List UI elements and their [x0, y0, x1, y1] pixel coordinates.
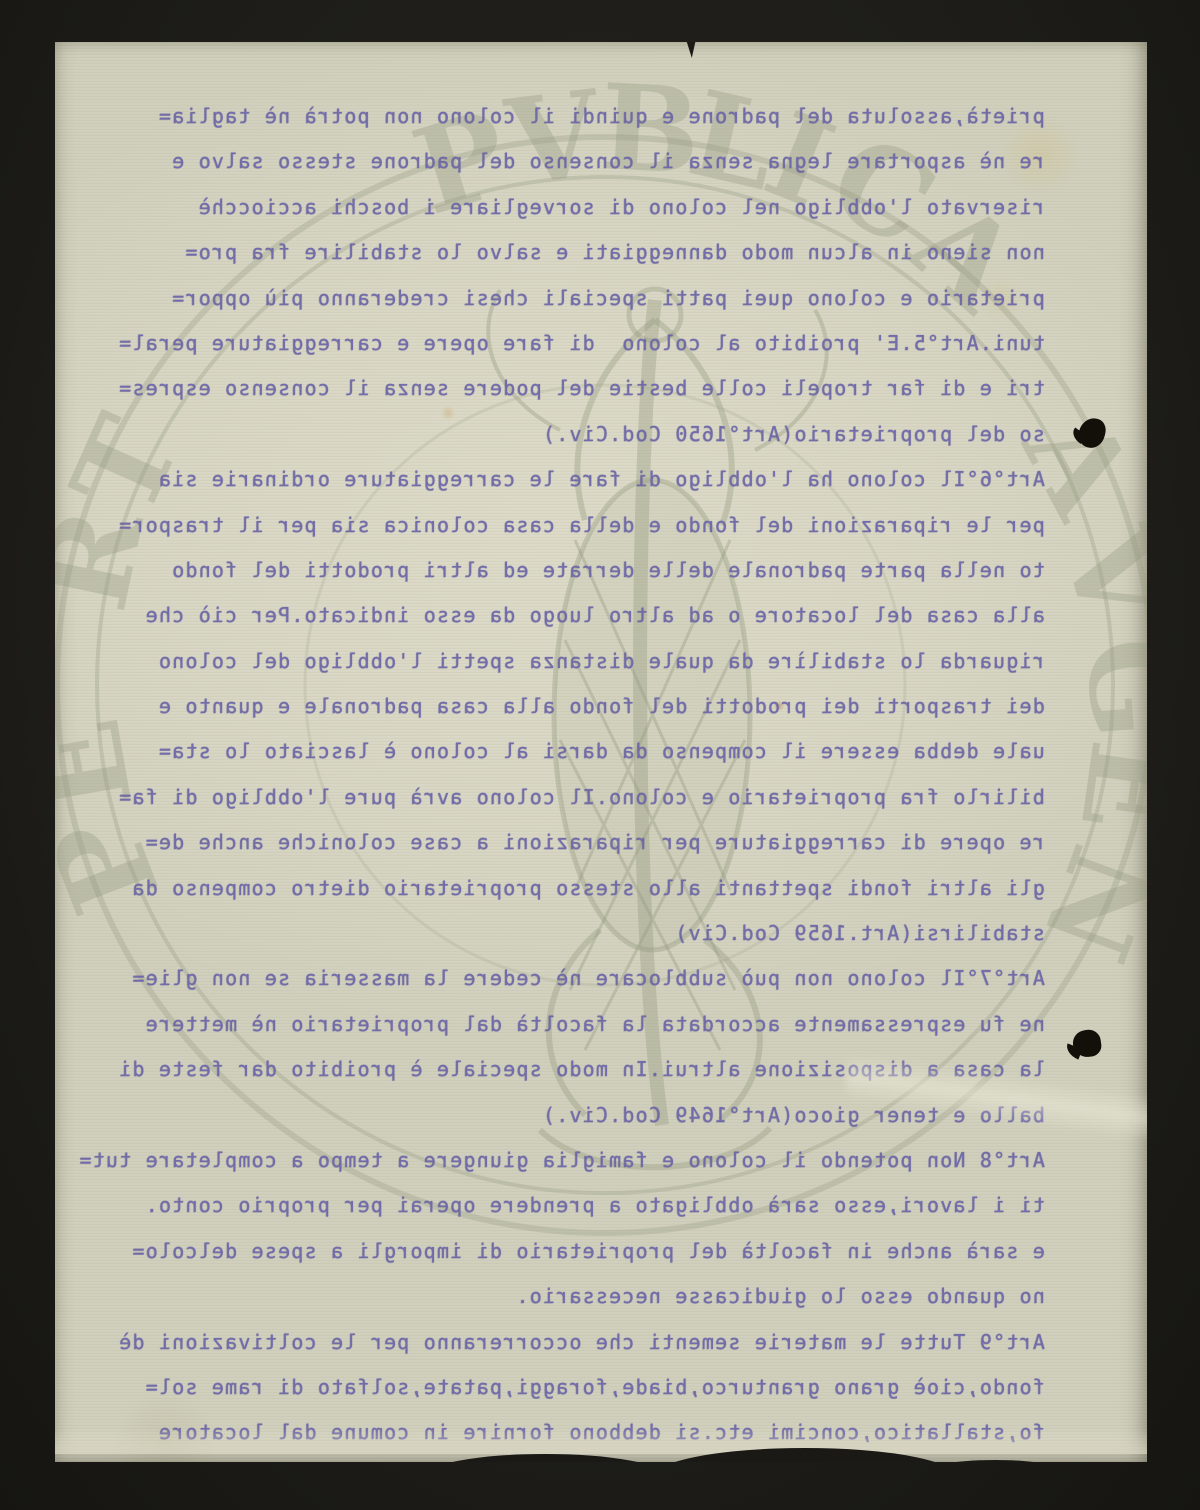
typewritten-line: bilirlo fra proprietario e colono.Il col…: [55, 775, 1045, 820]
typewritten-line: alla casa del locatore o ad altro luogo …: [55, 593, 1045, 638]
torn-edge-blob: [655, 1448, 955, 1462]
typewritten-line: non sieno in alcun modo danneggiati e sa…: [55, 230, 1045, 275]
typewritten-text-mirrored: prietà,assoluta del padrone e quindi il …: [55, 94, 1045, 1456]
paper-edge-notch: [683, 42, 699, 58]
document-page: P V B L I C A A V G E N T R E P prietà,a…: [55, 42, 1147, 1462]
watermark-letter: G: [1059, 633, 1147, 743]
typewritten-line: e sarà anche in facoltà del proprietario…: [55, 1229, 1045, 1274]
watermark-letter: E: [1054, 733, 1147, 841]
typewritten-line: Art°6°Il colono ha l'obbligo di fare le …: [55, 457, 1045, 502]
typewritten-line: tuni.Art°5.E' proibito al colono di fare…: [55, 321, 1045, 366]
typewritten-line: dei trasporti dei prodotti del fondo all…: [55, 684, 1045, 729]
typewritten-line: Art°8 Non potendo il colono e famiglia g…: [55, 1138, 1045, 1183]
typewritten-line: prietà,assoluta del padrone e quindi il …: [55, 94, 1045, 139]
typewritten-line: to nella parte padronale delle derrate e…: [55, 548, 1045, 593]
watermark-letter: V: [1035, 513, 1147, 643]
typewritten-line: prietario e colono quei patti speciali c…: [55, 276, 1045, 321]
torn-edge-blob: [915, 1460, 1075, 1462]
typewritten-line: ne fu espressamente accordata la facoltà…: [55, 1002, 1045, 1047]
paper-torn-bottom-edge: [55, 1438, 1147, 1462]
typewritten-line: ti i lavori,esso sarà obbligato a prende…: [55, 1183, 1045, 1228]
paper-hole: [1071, 1028, 1102, 1059]
typewritten-line: fondo,cioè grano granturco,biade,foraggi…: [55, 1365, 1045, 1410]
torn-edge-blob: [425, 1454, 665, 1462]
typewritten-line: so del proprietario(Art°1650 Cod.Civ.): [55, 412, 1045, 457]
typewritten-line: re nè asportare legna senza il consenso …: [55, 139, 1045, 184]
typewritten-line: stabilirsi(Art.1659 Cod.Civ): [55, 911, 1045, 956]
typewritten-line: Art°9 Tutte le materie sementi che occor…: [55, 1320, 1045, 1365]
typewritten-line: riservato l'obbligo nel colono di sorveg…: [55, 185, 1045, 230]
typewritten-line: re opere di carreggiature per riparazion…: [55, 820, 1045, 865]
typewritten-line: gli altri fondi spettanti allo stesso pr…: [55, 866, 1045, 911]
typewritten-line: riguarda lo stabilìre da quale distanza …: [55, 639, 1045, 684]
typewritten-line: tri e di far tropeli colle bestie del po…: [55, 366, 1045, 411]
typewritten-line: per le riparazioni del fondo e della cas…: [55, 503, 1045, 548]
typewritten-line: Art°7°Il colono non può subblocare nè ce…: [55, 956, 1045, 1001]
scanned-document-screenshot: { "document": { "kind": "typewritten pag…: [0, 0, 1200, 1510]
paper-hole: [1076, 415, 1108, 450]
typewritten-line: uale debba essere il compenso da darsi a…: [55, 729, 1045, 774]
typewritten-line: no quando esso lo giudicasse necessario.: [55, 1274, 1045, 1319]
